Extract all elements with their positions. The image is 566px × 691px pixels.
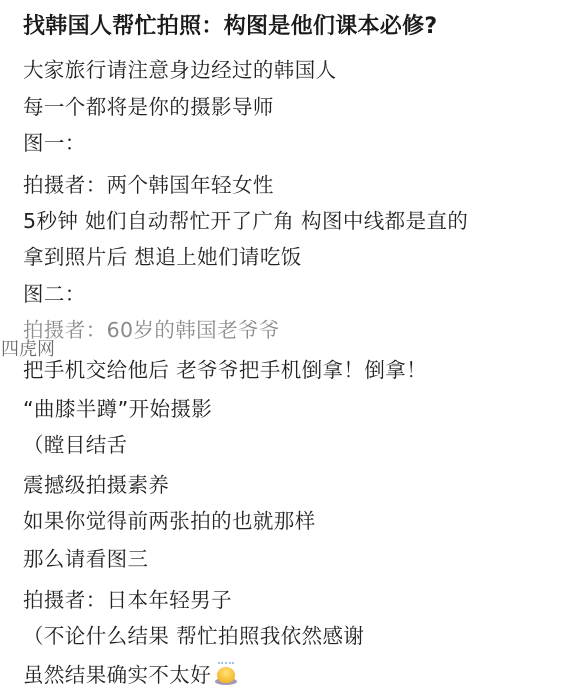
body-line: 拍摄者：两个韩国年轻女性 bbox=[23, 172, 274, 198]
body-line-last: 虽然结果确实不太好 bbox=[23, 662, 237, 688]
body-line: 图一： bbox=[23, 130, 86, 156]
body-line: （不论什么结果 帮忙拍照我依然感谢 bbox=[23, 623, 364, 649]
body-line: 把手机交给他后 老爷爷把手机倒拿！倒拿！ bbox=[23, 357, 427, 383]
body-line: 图二： bbox=[23, 281, 86, 307]
body-line: “曲膝半蹲”开始摄影 bbox=[23, 396, 212, 422]
watermark: 四虎网 bbox=[1, 339, 55, 361]
body-line: 大家旅行请注意身边经过的韩国人 bbox=[23, 57, 337, 83]
body-line: 拍摄者：日本年轻男子 bbox=[23, 587, 232, 613]
post-title: 找韩国人帮忙拍照：构图是他们课本必修? bbox=[23, 9, 437, 40]
angel-emoji-icon bbox=[215, 662, 237, 686]
body-line: 那么请看图三 bbox=[23, 546, 148, 572]
body-line: 如果你觉得前两张拍的也就那样 bbox=[23, 508, 316, 534]
body-line-text: 虽然结果确实不太好 bbox=[23, 663, 211, 687]
body-line: 震撼级拍摄素养 bbox=[23, 472, 169, 498]
body-line: 拿到照片后 想追上她们请吃饭 bbox=[23, 244, 302, 270]
body-line: 5秒钟 她们自动帮忙开了广角 构图中线都是直的 bbox=[23, 208, 468, 234]
body-line: 每一个都将是你的摄影导师 bbox=[23, 94, 274, 120]
body-line: 拍摄者：60岁的韩国老爷爷 bbox=[23, 317, 280, 343]
body-line: （瞠目结舌 bbox=[23, 432, 128, 458]
